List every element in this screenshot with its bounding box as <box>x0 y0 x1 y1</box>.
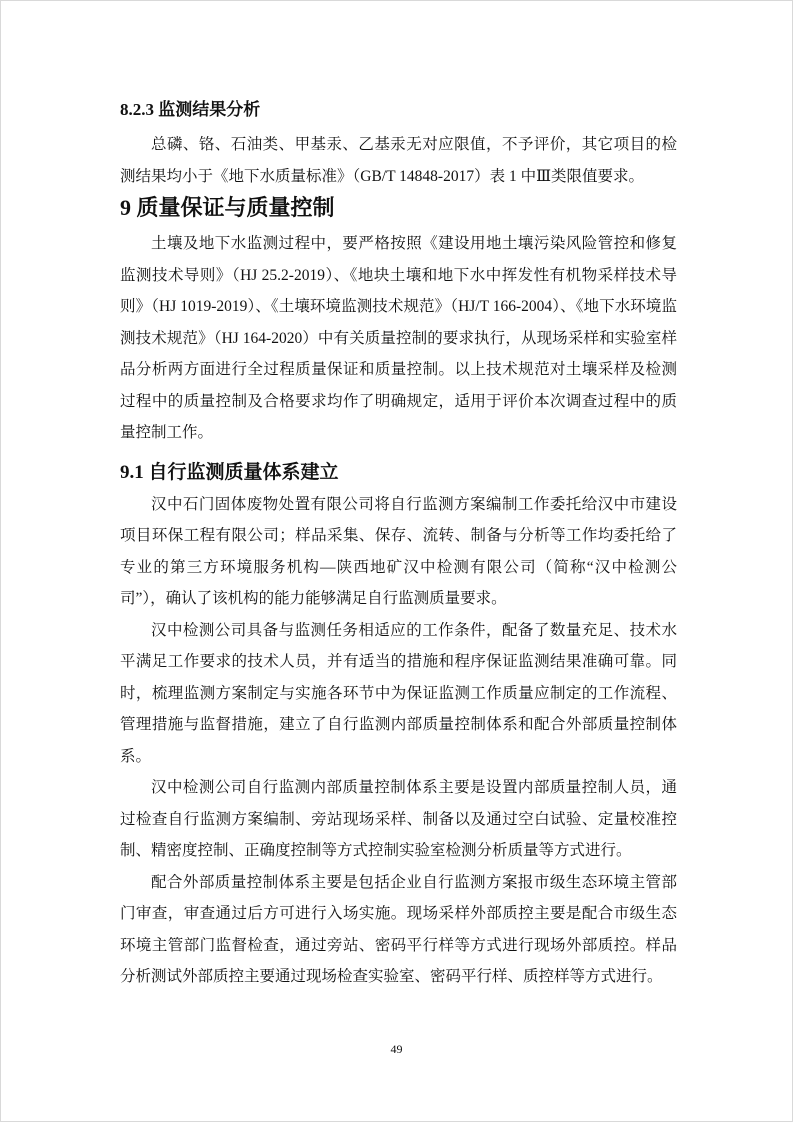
heading-9-1-self-monitoring-quality-system: 9.1 自行监测质量体系建立 <box>120 459 677 487</box>
heading-9-quality-assurance-and-control: 9 质量保证与质量控制 <box>120 192 677 224</box>
paragraph-internal-quality-control: 汉中检测公司自行监测内部质量控制体系主要是设置内部质量控制人员，通过检查自行监测… <box>120 772 677 867</box>
paragraph-quality-control-standards: 土壤及地下水监测过程中，要严格按照《建设用地土壤污染风险管控和修复监测技术导则》… <box>120 228 677 449</box>
page-content: 8.2.3 监测结果分析 总磷、铬、石油类、甲基汞、乙基汞无对应限值，不予评价，… <box>120 97 677 993</box>
paragraph-testing-company-capability: 汉中检测公司具备与监测任务相适应的工作条件，配备了数量充足、技术水平满足工作要求… <box>120 615 677 773</box>
paragraph-monitoring-result-analysis: 总磷、铬、石油类、甲基汞、乙基汞无对应限值，不予评价，其它项目的检测结果均小于《… <box>120 129 677 192</box>
heading-8-2-3-monitoring-result-analysis: 8.2.3 监测结果分析 <box>120 97 677 123</box>
page-number: 49 <box>1 1041 792 1057</box>
paragraph-external-quality-control: 配合外部质量控制体系主要是包括企业自行监测方案报市级生态环境主管部门审查，审查通… <box>120 867 677 993</box>
document-page: 8.2.3 监测结果分析 总磷、铬、石油类、甲基汞、乙基汞无对应限值，不予评价，… <box>0 0 793 1122</box>
paragraph-commissioned-organizations: 汉中石门固体废物处置有限公司将自行监测方案编制工作委托给汉中市建设项目环保工程有… <box>120 489 677 615</box>
